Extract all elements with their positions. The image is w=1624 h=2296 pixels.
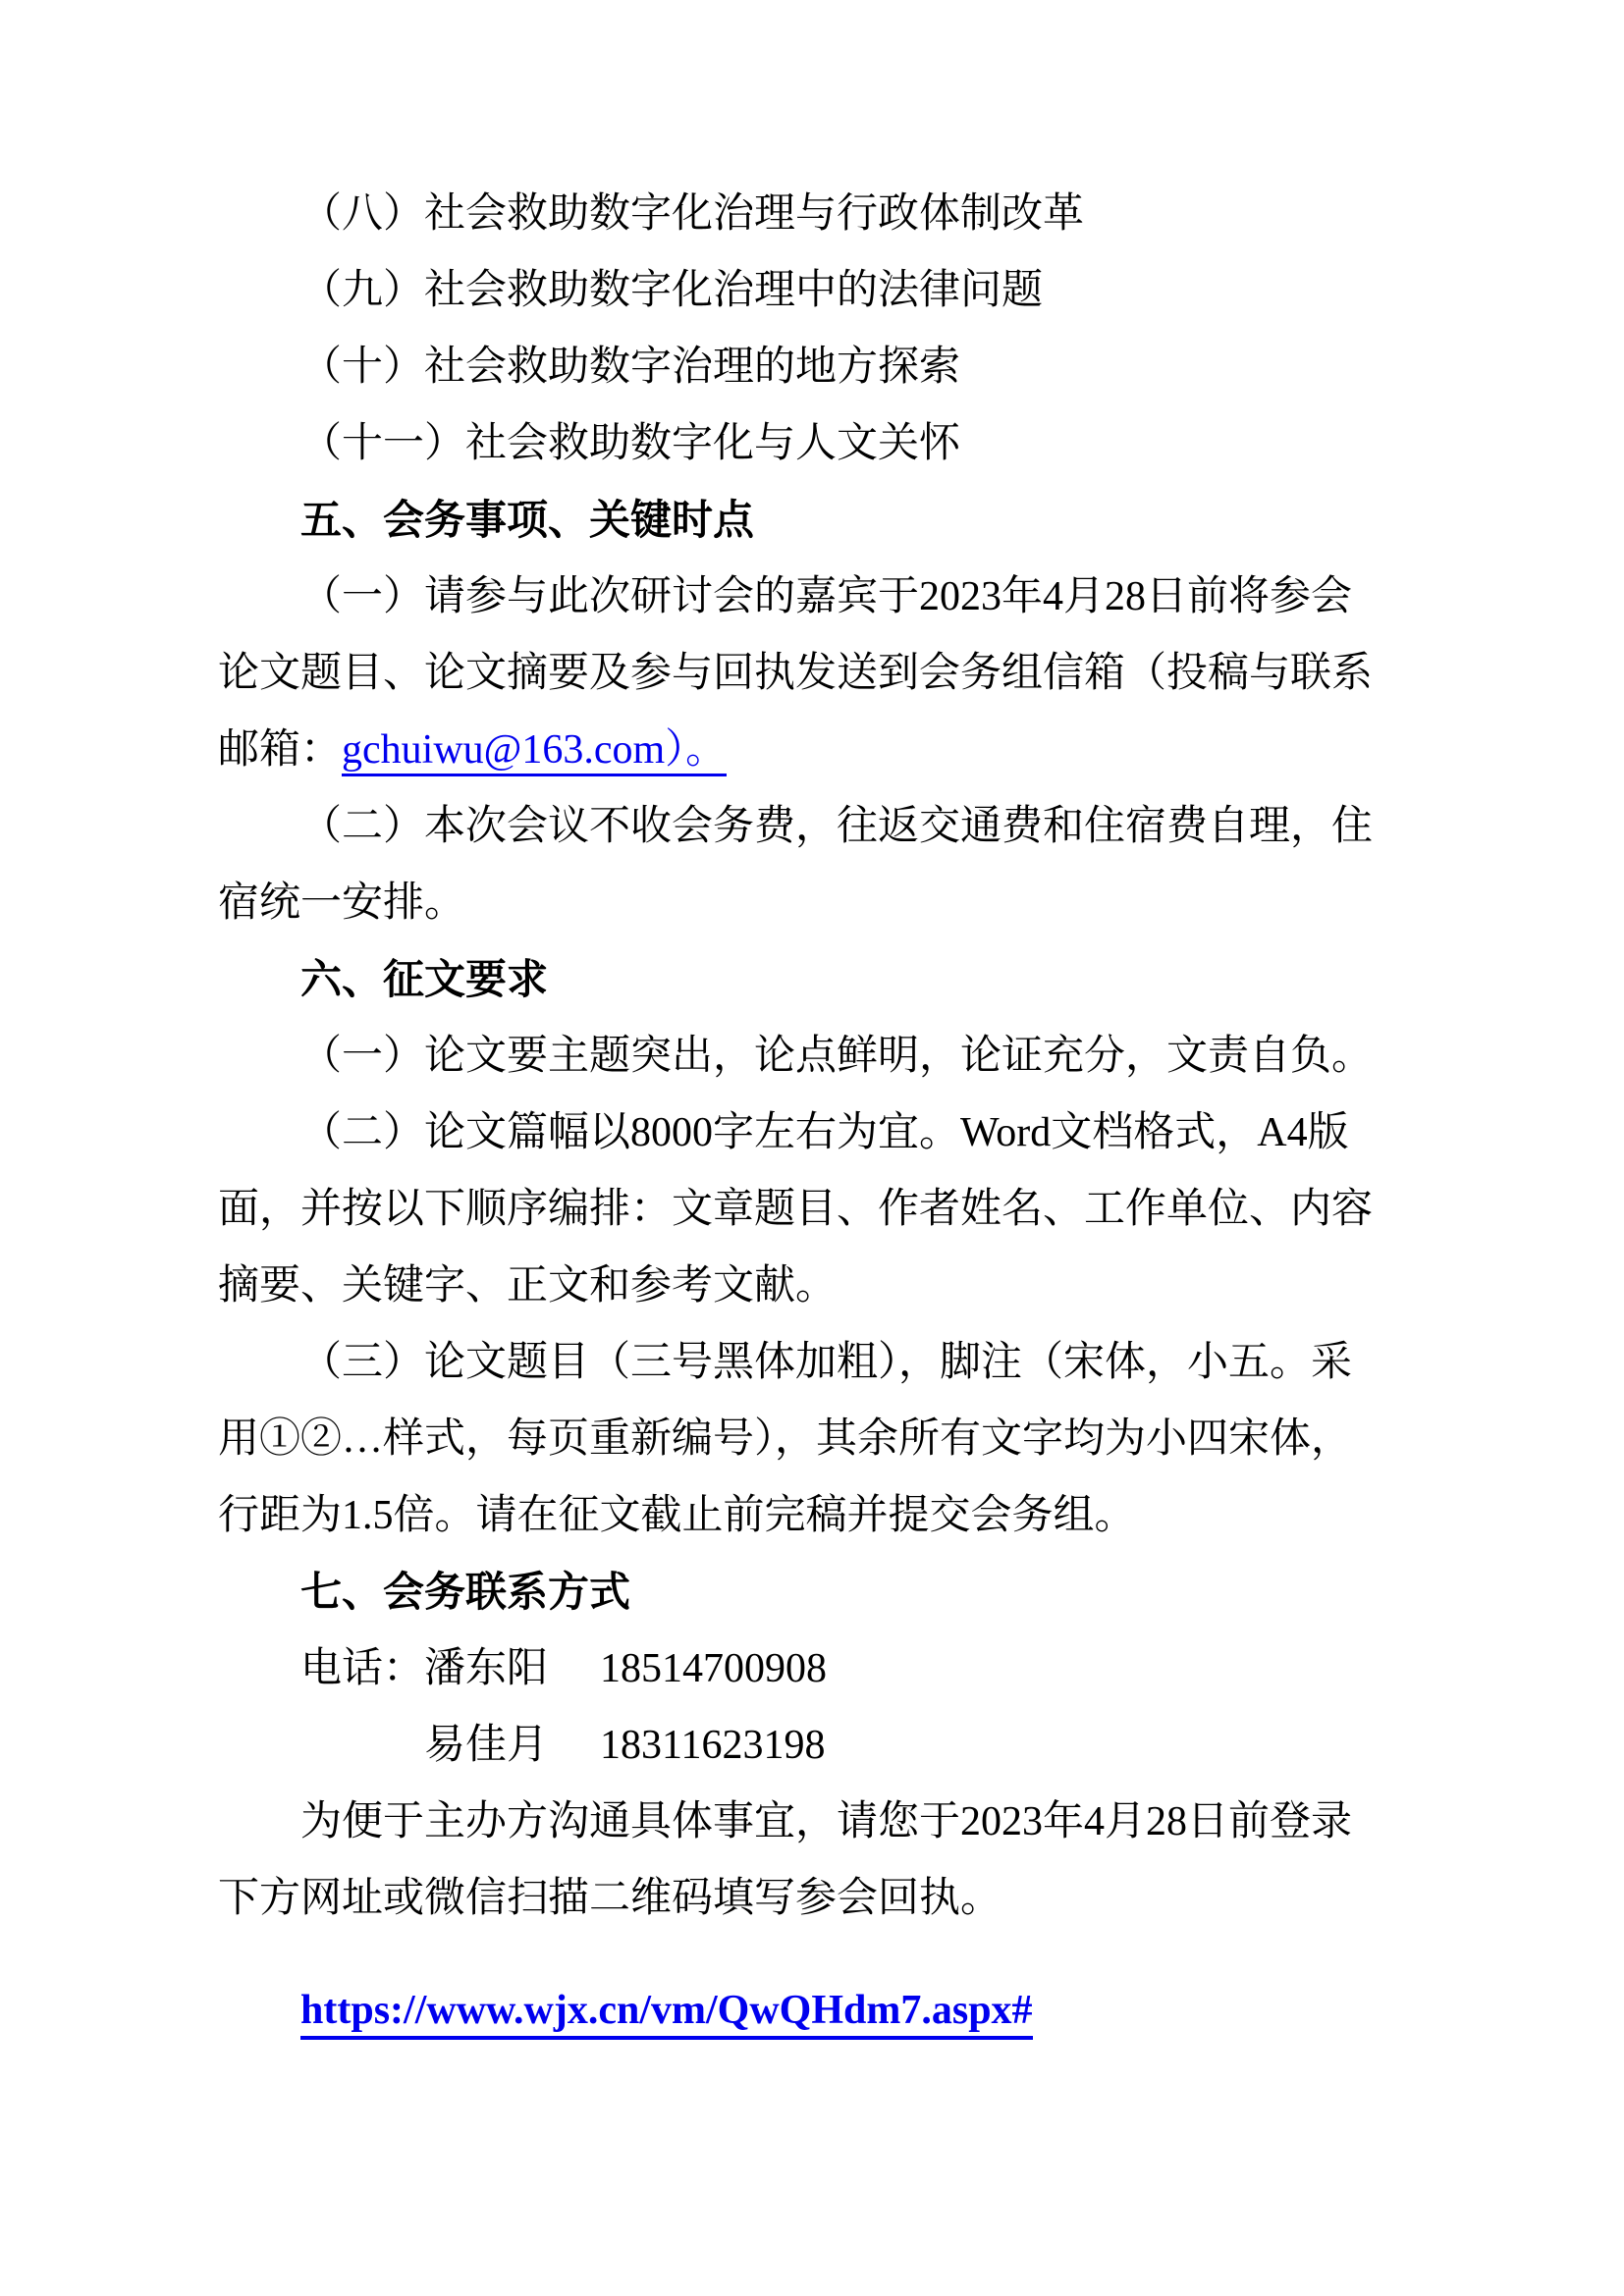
document-body: （八）社会救助数字化治理与行政体制改革 （九）社会救助数字化治理中的法律问题 （… [218, 176, 1416, 2049]
phone-number-2: 18311623198 [600, 1723, 825, 1768]
section-heading-7: 七、会务联系方式 [218, 1554, 1416, 1630]
paragraph-line: 摘要、关键字、正文和参考文献。 [218, 1248, 1416, 1324]
paragraph-line: （三）论文题目（三号黑体加粗），脚注（宋体，小五。采 [218, 1324, 1416, 1401]
section-heading-5: 五、会务事项、关键时点 [218, 482, 1416, 559]
paragraph-line: 下方网址或微信扫描二维码填写参会回执。 [218, 1860, 1416, 1937]
paragraph-line: （一）请参与此次研讨会的嘉宾于2023年4月28日前将参会 [218, 559, 1416, 635]
section-heading-6: 六、征文要求 [218, 941, 1416, 1018]
email-label: 邮箱： [218, 727, 342, 773]
email-link[interactable]: gchuiwu@163.com）。 [342, 727, 727, 776]
paragraph-line: （二）论文篇幅以8000字左右为宜。Word文档格式，A4版 [218, 1095, 1416, 1171]
survey-link[interactable]: https://www.wjx.cn/vm/QwQHdm7.aspx# [300, 1988, 1033, 2040]
topic-item-9: （九）社会救助数字化治理中的法律问题 [218, 252, 1416, 329]
topic-item-10: （十）社会救助数字治理的地方探索 [218, 329, 1416, 405]
paragraph-line: （一）论文要主题突出，论点鲜明，论证充分，文责自负。 [218, 1018, 1416, 1095]
topic-item-8: （八）社会救助数字化治理与行政体制改革 [218, 176, 1416, 252]
paragraph-line: 面，并按以下顺序编排：文章题目、作者姓名、工作单位、内容 [218, 1171, 1416, 1248]
phone-contact-1: 电话：潘东阳 [300, 1646, 548, 1691]
document-page: （八）社会救助数字化治理与行政体制改革 （九）社会救助数字化治理中的法律问题 （… [0, 0, 1624, 2296]
phone-line-2: 易佳月18311623198 [218, 1707, 1416, 1784]
paragraph-line: 行距为1.5倍。请在征文截止前完稿并提交会务组。 [218, 1477, 1416, 1554]
paragraph-line: 用①②…样式，每页重新编号），其余所有文字均为小四宋体， [218, 1401, 1416, 1477]
phone-line-1: 电话：潘东阳18514700908 [218, 1630, 1416, 1707]
paragraph-line: （二）本次会议不收会务费，往返交通费和住宿费自理，住 [218, 788, 1416, 865]
paragraph-line: 论文题目、论文摘要及参与回执发送到会务组信箱（投稿与联系 [218, 635, 1416, 712]
email-line: 邮箱：gchuiwu@163.com）。 [218, 712, 1416, 788]
phone-contact-2: 易佳月 [424, 1723, 548, 1768]
paragraph-line: 宿统一安排。 [218, 865, 1416, 941]
survey-url-line: https://www.wjx.cn/vm/QwQHdm7.aspx# [218, 1972, 1416, 2049]
topic-item-11: （十一）社会救助数字化与人文关怀 [218, 405, 1416, 482]
phone-number-1: 18514700908 [600, 1646, 827, 1691]
paragraph-line: 为便于主办方沟通具体事宜，请您于2023年4月28日前登录 [218, 1784, 1416, 1860]
